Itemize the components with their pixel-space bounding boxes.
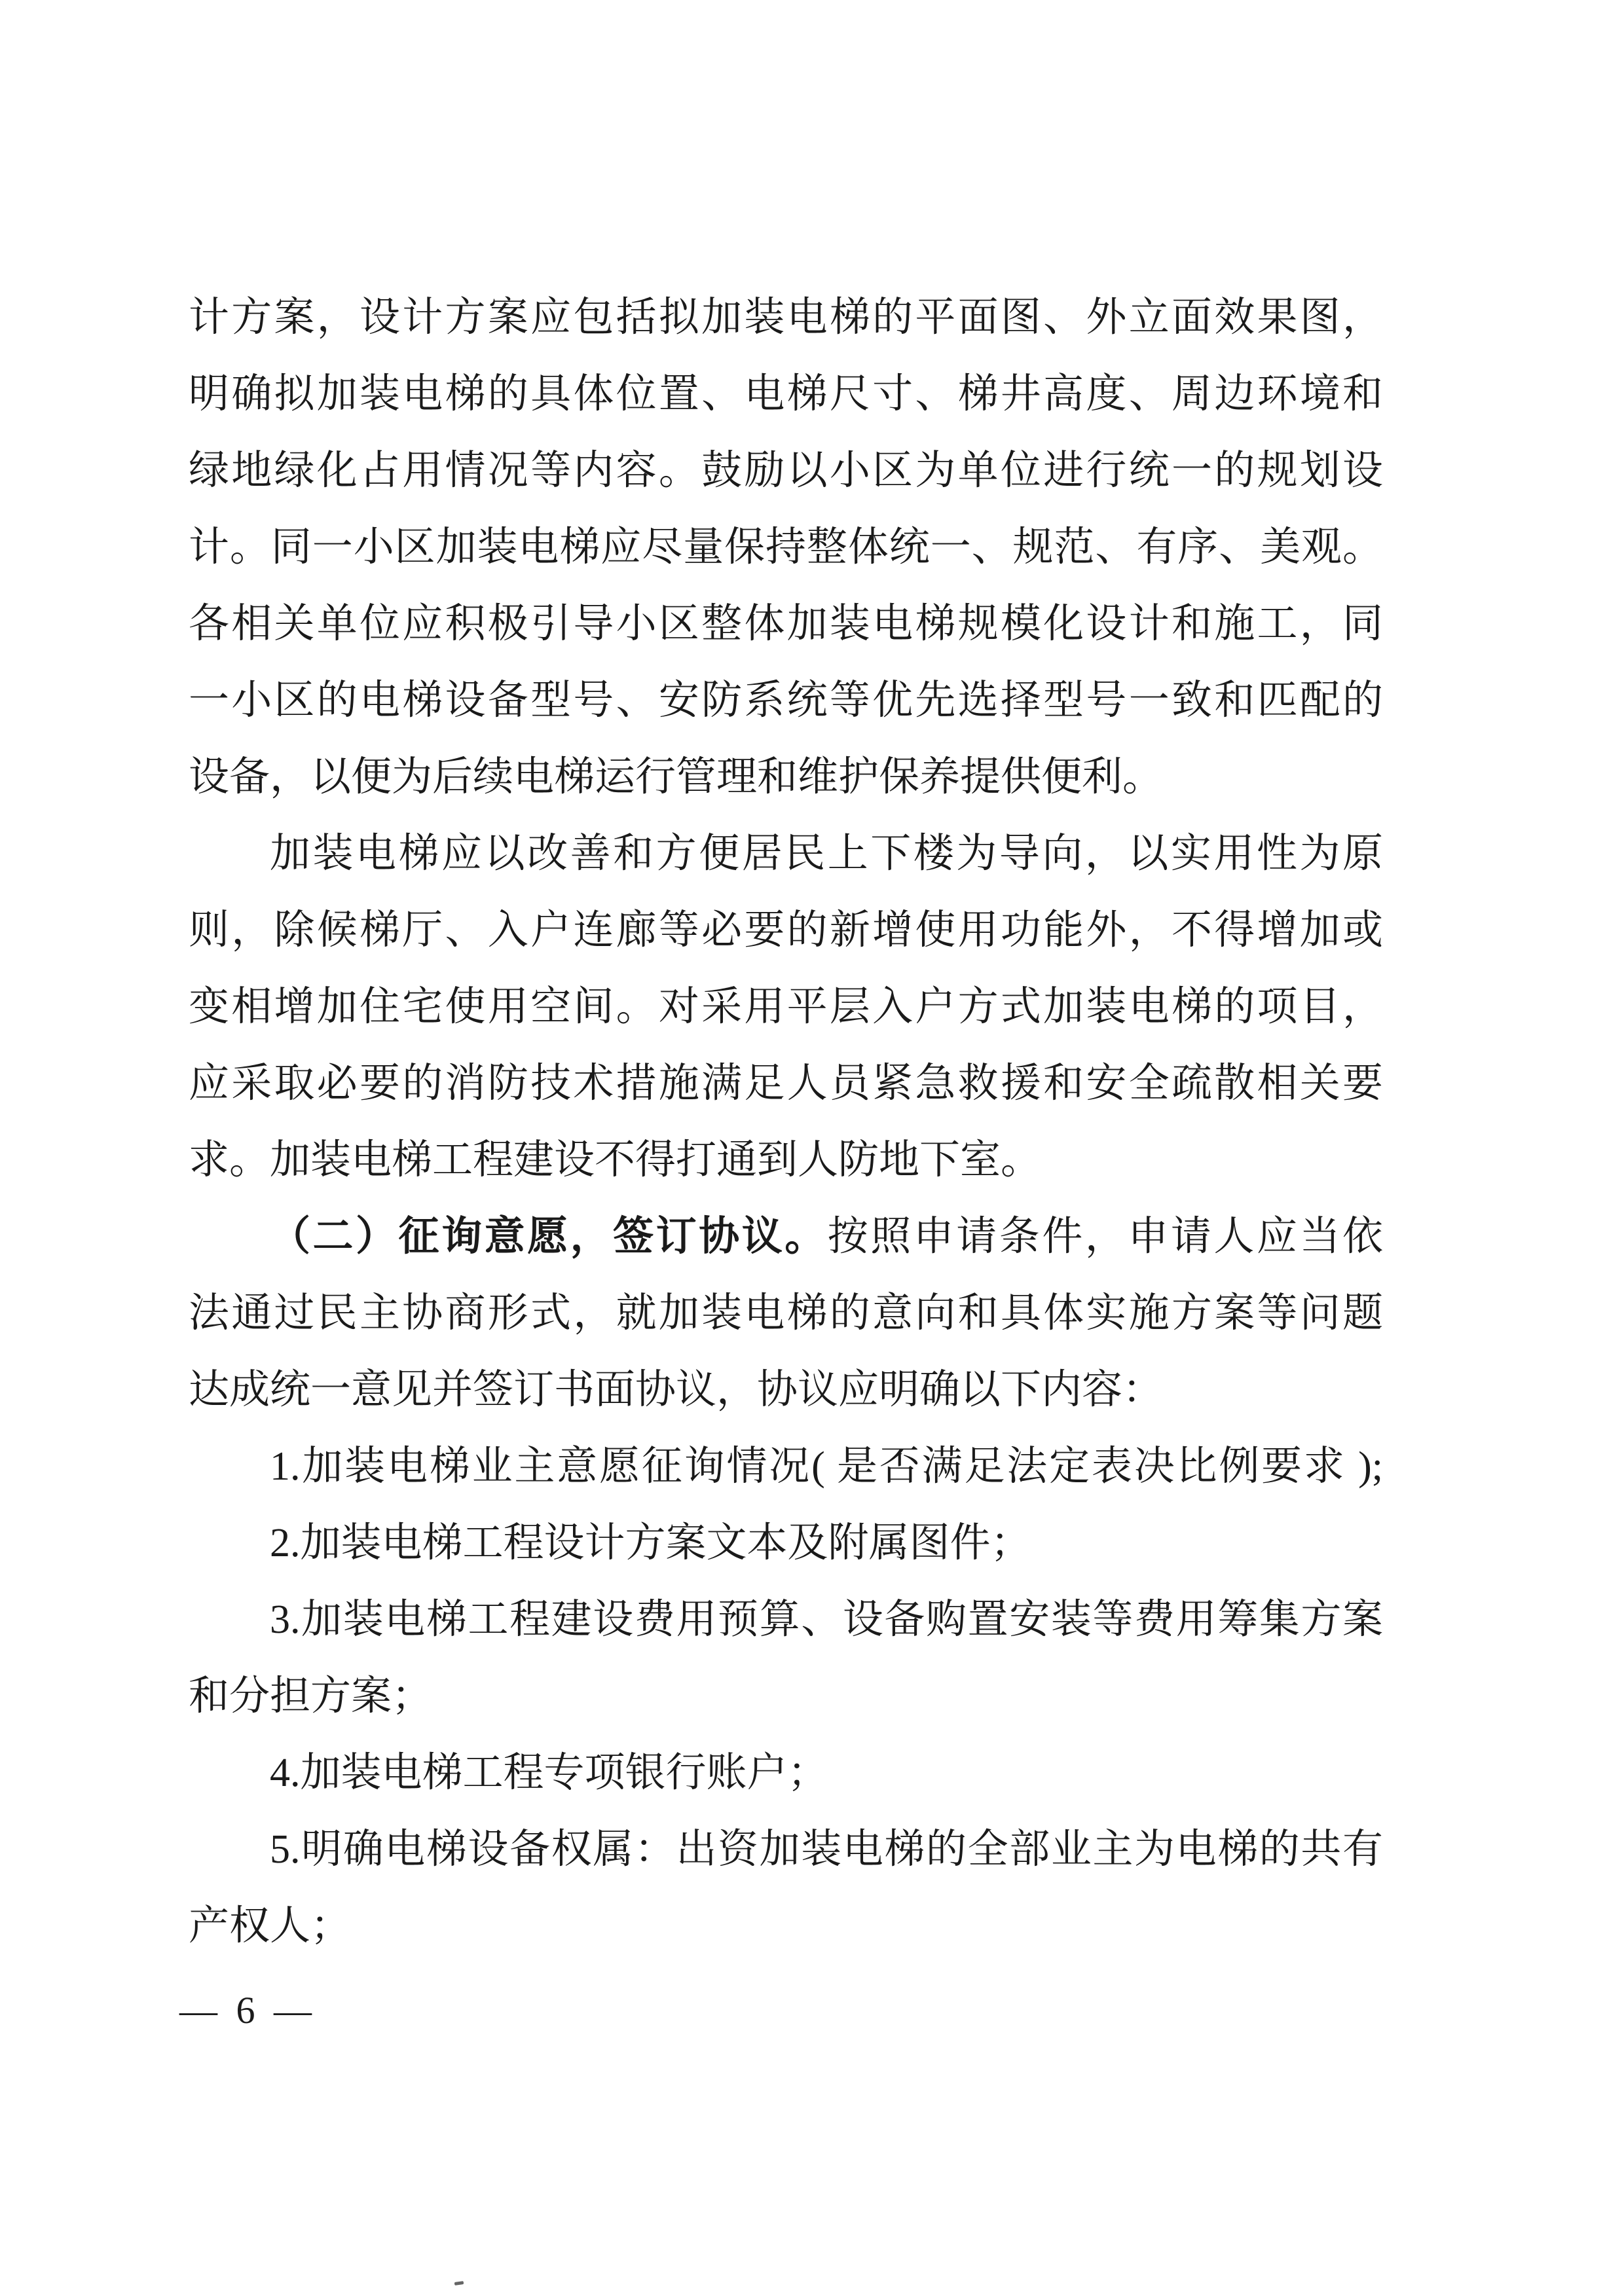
- text-line: 计方案，设计方案应包括拟加装电梯的平面图、外立面效果图，: [189, 280, 1383, 356]
- scan-artifact-speck: [454, 2281, 464, 2286]
- text-line list-item-5: 5.明确电梯设备权属：出资加装电梯的全部业主为电梯的共有: [189, 1812, 1383, 1888]
- text-line list-item-3: 3.加装电梯工程建设费用预算、设备购置安装等费用筹集方案: [189, 1582, 1383, 1658]
- text-line: 产权人；: [189, 1888, 1383, 1965]
- text-line: 法通过民主协商形式，就加装电梯的意向和具体实施方案等问题: [189, 1275, 1383, 1352]
- text-line paragraph-start: 加装电梯应以改善和方便居民上下楼为导向，以实用性为原: [189, 816, 1383, 892]
- text-line: 求。加装电梯工程建设不得打通到人防地下室。: [189, 1122, 1383, 1199]
- section-heading: （二）征询意愿，签订协议。: [270, 1214, 828, 1259]
- text-line: 计。同一小区加装电梯应尽量保持整体统一、规范、有序、美观。: [189, 509, 1383, 586]
- text-line section-heading-line: （二）征询意愿，签订协议。按照申请条件，申请人应当依: [189, 1199, 1383, 1275]
- text-line: 变相增加住宅使用空间。对采用平层入户方式加装电梯的项目，: [189, 969, 1383, 1046]
- document-page: 计方案，设计方案应包括拟加装电梯的平面图、外立面效果图， 明确拟加装电梯的具体位…: [0, 0, 1624, 2296]
- text-line: 设备，以便为后续电梯运行管理和维护保养提供便利。: [189, 739, 1383, 816]
- text-line: 应采取必要的消防技术措施满足人员紧急救援和安全疏散相关要: [189, 1046, 1383, 1122]
- text-line list-item-1: 1.加装电梯业主意愿征询情况( 是否满足法定表决比例要求 );: [189, 1429, 1383, 1505]
- body-text: 计方案，设计方案应包括拟加装电梯的平面图、外立面效果图， 明确拟加装电梯的具体位…: [189, 280, 1383, 1965]
- text-line: 明确拟加装电梯的具体位置、电梯尺寸、梯井高度、周边环境和: [189, 356, 1383, 433]
- text-line list-item-4: 4.加装电梯工程专项银行账户；: [189, 1735, 1383, 1812]
- page-number: — 6 —: [179, 1972, 312, 2049]
- section-heading-continuation: 按照申请条件，申请人应当依: [828, 1214, 1383, 1259]
- text-line: 则，除候梯厅、入户连廊等必要的新增使用功能外，不得增加或: [189, 892, 1383, 969]
- text-line list-item-2: 2.加装电梯工程设计方案文本及附属图件；: [189, 1505, 1383, 1582]
- text-line: 绿地绿化占用情况等内容。鼓励以小区为单位进行统一的规划设: [189, 433, 1383, 509]
- text-line: 达成统一意见并签订书面协议，协议应明确以下内容：: [189, 1352, 1383, 1429]
- text-line: 一小区的电梯设备型号、安防系统等优先选择型号一致和匹配的: [189, 663, 1383, 739]
- text-line: 各相关单位应积极引导小区整体加装电梯规模化设计和施工，同: [189, 586, 1383, 663]
- text-line: 和分担方案；: [189, 1658, 1383, 1735]
